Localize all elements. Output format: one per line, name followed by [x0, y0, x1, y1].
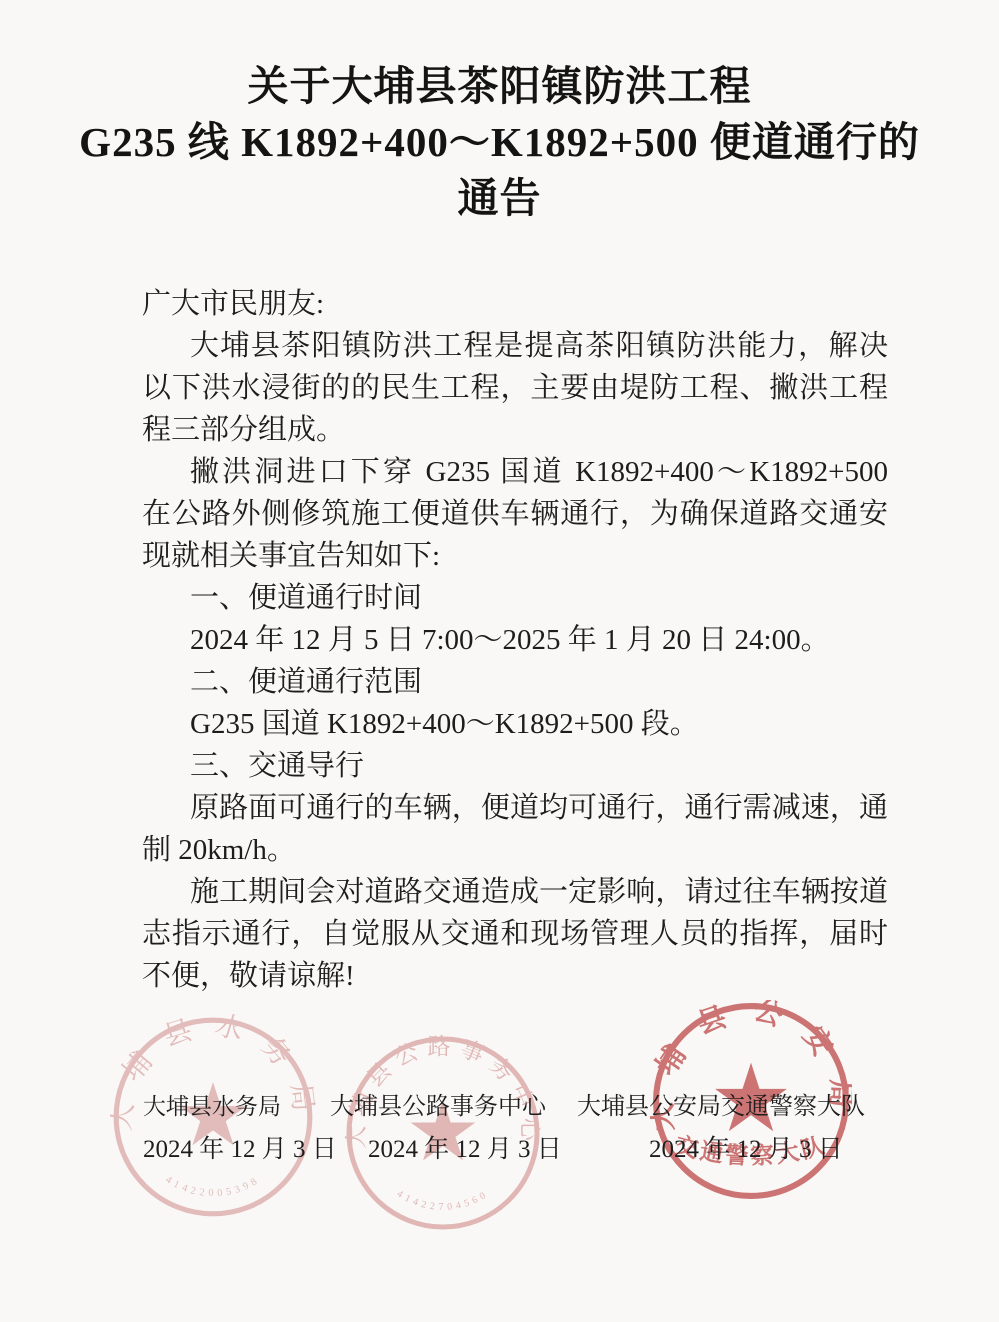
title-line-3: 通告	[0, 170, 999, 226]
signature-org: 大埔县公安局交通警察大队	[577, 1092, 865, 1122]
signature-date: 2024 年 12 月 3 日	[143, 1135, 337, 1165]
signature-org: 大埔县公路事务中心	[330, 1092, 562, 1122]
body-line: 二、便道通行范围	[142, 661, 888, 703]
notice-title: 关于大埔县茶阳镇防洪工程 G235 线 K1892+400～K1892+500 …	[0, 58, 999, 226]
signature-column-water-bureau: 大埔县水务局 2024 年 12 月 3 日	[143, 1092, 337, 1165]
body-line: 以下洪水浸街的的民生工程，主要由堤防工程、撇洪工程以及泵闸工	[142, 367, 888, 409]
signature-column-highway-center: 大埔县公路事务中心 2024 年 12 月 3 日	[330, 1092, 562, 1165]
body-line: 原路面可通行的车辆，便道均可通行，通行需减速，通行时速控	[142, 787, 888, 829]
title-line-2: G235 线 K1892+400～K1892+500 便道通行的	[0, 114, 999, 170]
body-line: 在公路外侧修筑施工便道供车辆通行，为确保道路交通安全与畅通，	[142, 493, 888, 535]
title-line-1: 关于大埔县茶阳镇防洪工程	[0, 58, 999, 114]
body-line: 志指示通行，自觉服从交通和现场管理人员的指挥，届时给您造成的	[142, 913, 888, 955]
body-line: 制 20km/h。	[142, 829, 888, 871]
signature-date: 2024 年 12 月 3 日	[649, 1135, 865, 1165]
body-line: 程三部分组成。	[142, 409, 888, 451]
notice-body: 广大市民朋友:大埔县茶阳镇防洪工程是提高茶阳镇防洪能力，解决 20 年一遇以下洪…	[142, 283, 888, 997]
body-line: G235 国道 K1892+400～K1892+500 段。	[142, 703, 888, 745]
signature-column-traffic-police: 大埔县公安局交通警察大队 2024 年 12 月 3 日	[577, 1092, 865, 1165]
body-line: 广大市民朋友:	[142, 283, 888, 325]
body-line: 一、便道通行时间	[142, 577, 888, 619]
notice-document-page: 关于大埔县茶阳镇防洪工程 G235 线 K1892+400～K1892+500 …	[0, 0, 999, 1322]
body-line: 大埔县茶阳镇防洪工程是提高茶阳镇防洪能力，解决 20 年一遇	[142, 325, 888, 367]
body-line: 现就相关事宜告知如下:	[142, 535, 888, 577]
signature-date: 2024 年 12 月 3 日	[368, 1135, 562, 1165]
body-line: 施工期间会对道路交通造成一定影响，请过往车辆按道路交通标	[142, 871, 888, 913]
signature-org: 大埔县水务局	[143, 1092, 337, 1122]
body-line: 不便，敬请谅解!	[142, 955, 888, 997]
body-line: 撇洪洞进口下穿 G235 国道 K1892+400～K1892+500 段，施工…	[142, 451, 888, 493]
body-line: 2024 年 12 月 5 日 7:00～2025 年 1 月 20 日 24:…	[142, 619, 888, 661]
body-line: 三、交通导行	[142, 745, 888, 787]
